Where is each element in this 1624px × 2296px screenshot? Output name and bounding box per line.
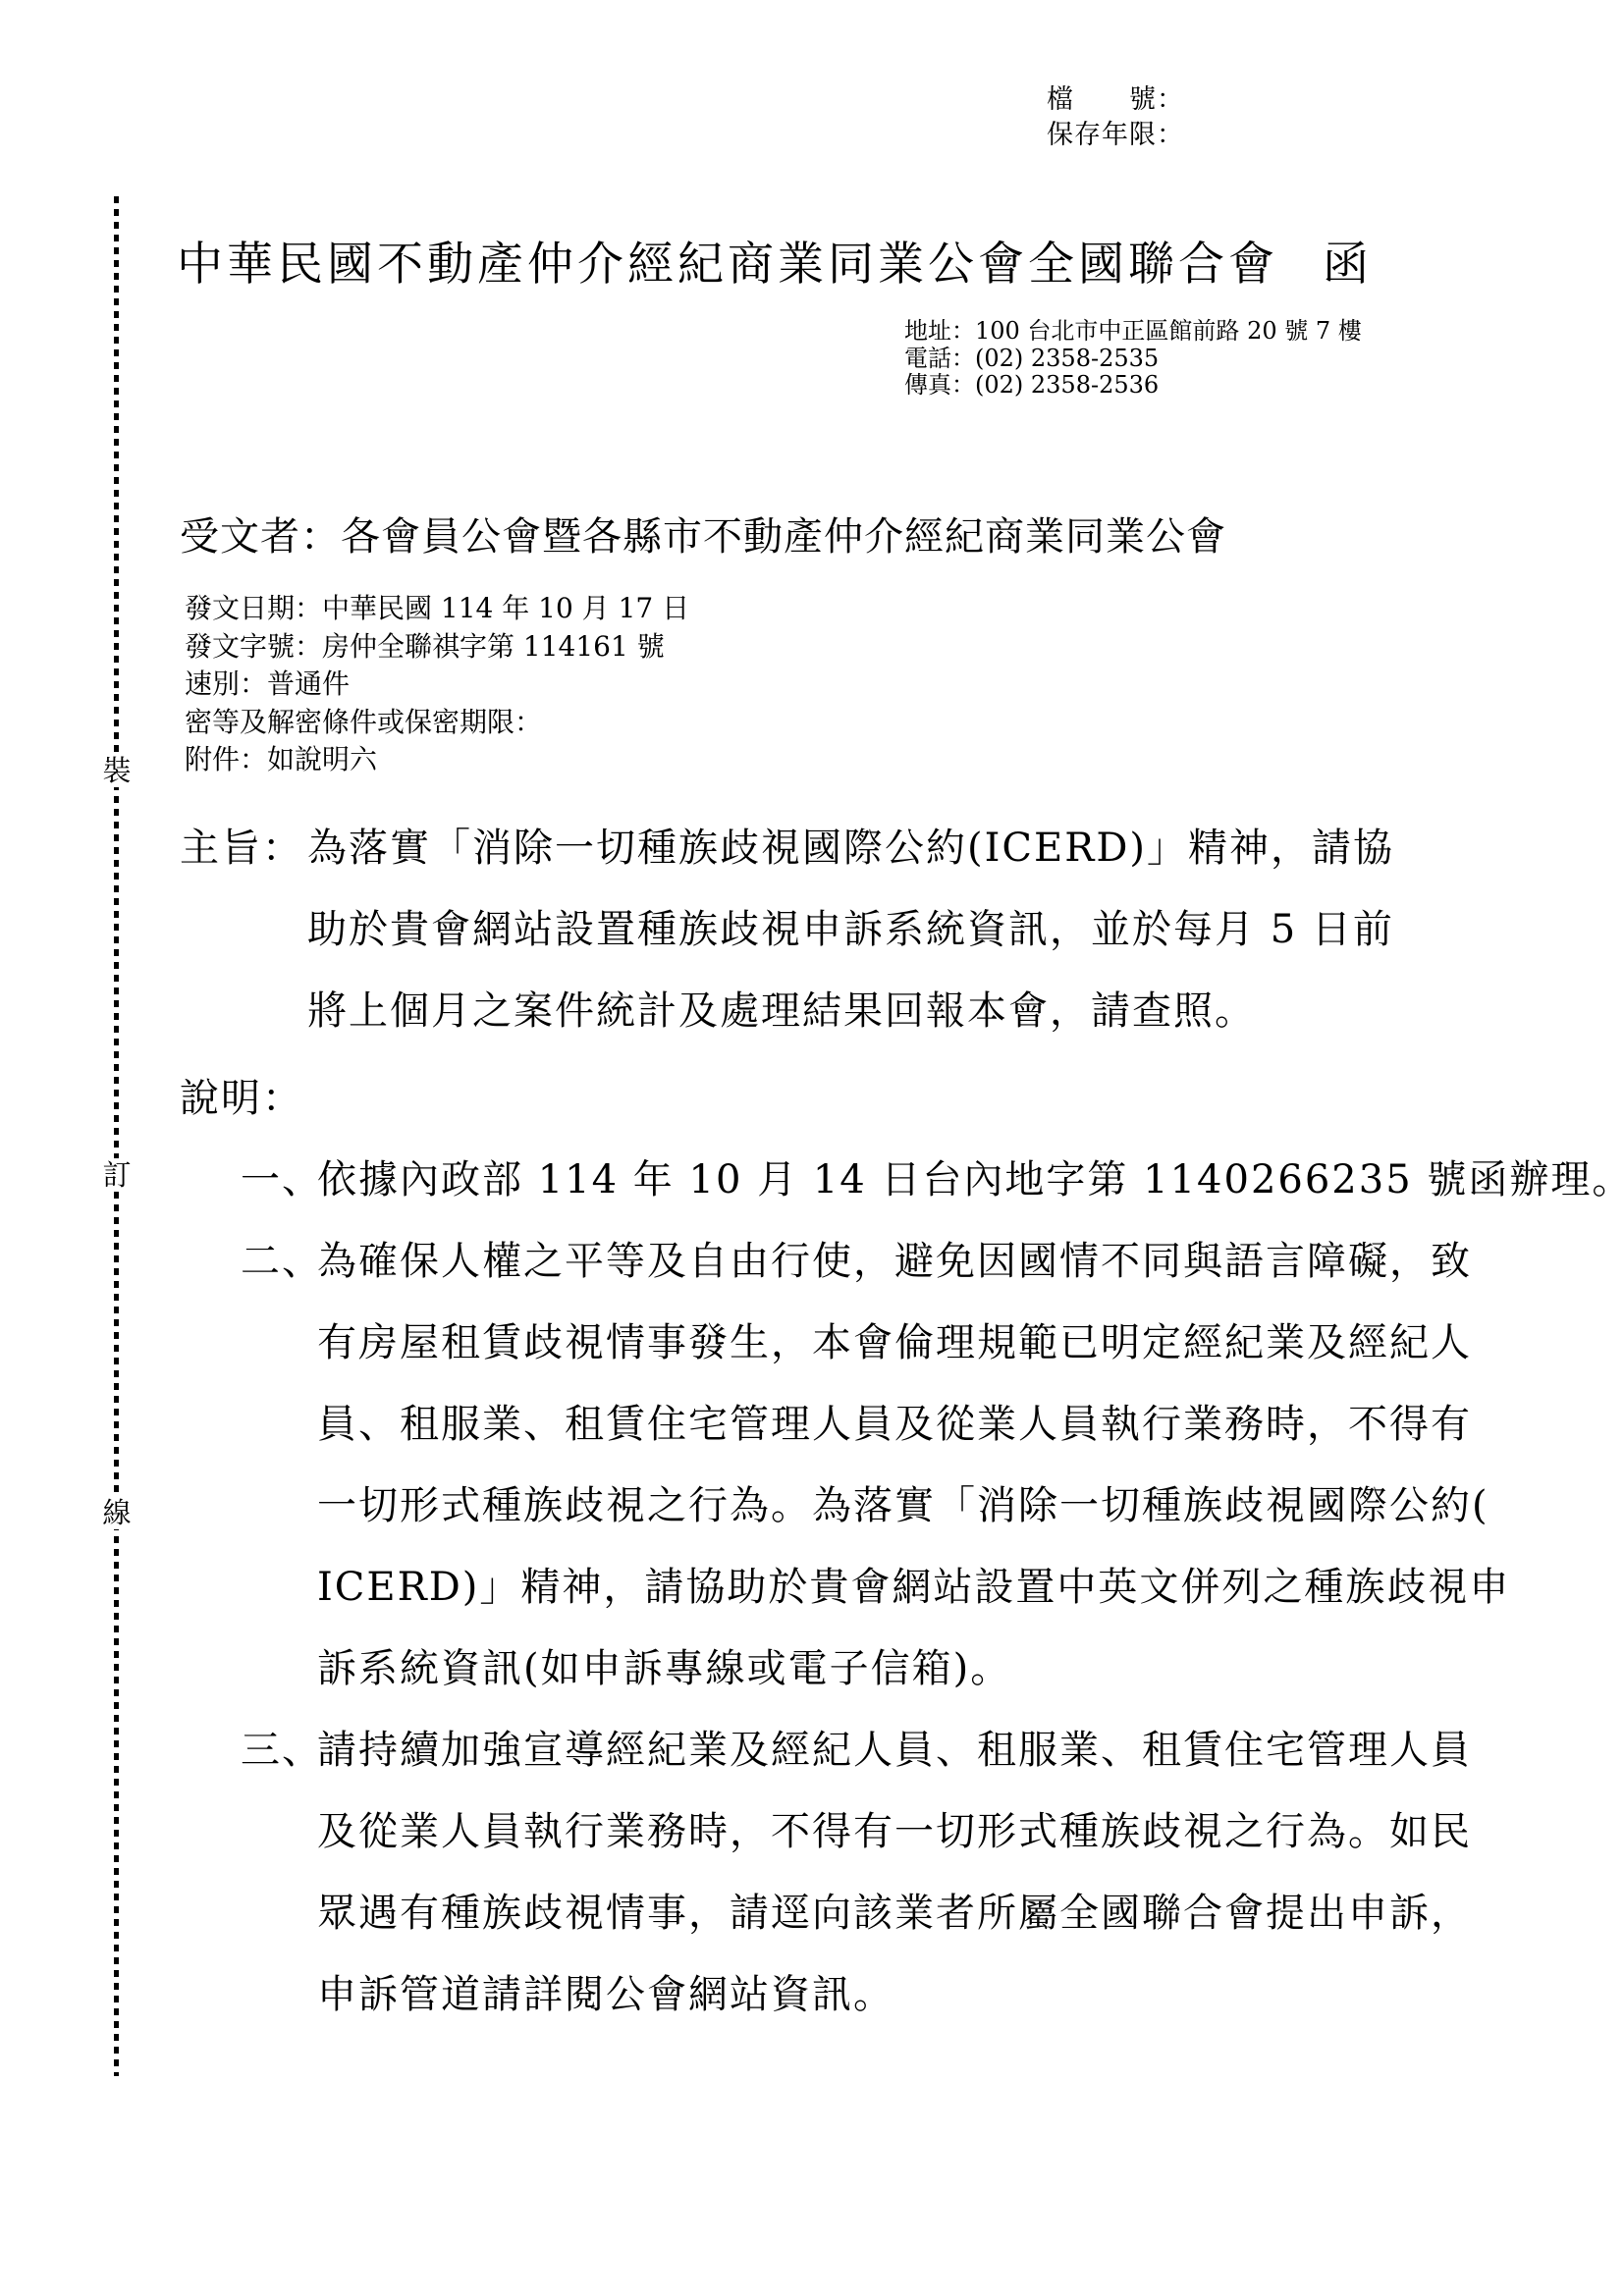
item-number: 二、 xyxy=(241,1221,323,1303)
contact-block: 地址：100 台北市中正區館前路 20 號 7 樓 電話：(02) 2358-2… xyxy=(904,318,1362,400)
meta-block: 發文日期：中華民國 114 年 10 月 17 日 發文字號：房仲全聯祺字第 1… xyxy=(185,590,689,779)
item-line: 訴系統資訊(如申訴專線或電子信箱)。 xyxy=(317,1629,1624,1710)
item-line: 有房屋租賃歧視情事發生，本會倫理規範已明定經紀業及經紀人 xyxy=(317,1303,1624,1384)
document-page: 裝 訂 線 檔 號： 保存年限： 中華民國不動產仲介經紀商業同業公會全國聯合會函… xyxy=(0,0,1624,2296)
explanation-label: 說明： xyxy=(180,1058,303,1140)
subject-label: 主旨： xyxy=(180,808,303,889)
subject-line: 助於貴會網站設置種族歧視申訴系統資訊，並於每月 5 日前 xyxy=(307,889,1394,971)
subject-line: 為落實「消除一切種族歧視國際公約(ICERD)」精神，請協 xyxy=(307,808,1394,889)
item-line: 為確保人權之平等及自由行使，避免因國情不同與語言障礙，致 xyxy=(317,1221,1624,1303)
address-line: 地址：100 台北市中正區館前路 20 號 7 樓 xyxy=(904,318,1362,346)
subject-section: 主旨： 為落實「消除一切種族歧視國際公約(ICERD)」精神，請協 助於貴會網站… xyxy=(180,808,1394,1052)
item-lines: 依據內政部 114 年 10 月 14 日台內地字第 1140266235 號函… xyxy=(317,1140,1624,1221)
item-lines: 為確保人權之平等及自由行使，避免因國情不同與語言障礙，致 有房屋租賃歧視情事發生… xyxy=(317,1221,1624,1710)
recipient-line: 受文者：各會員公會暨各縣市不動產仲介經紀商業同業公會 xyxy=(180,506,1226,561)
item-line: 員、租服業、租賃住宅管理人員及從業人員執行業務時，不得有 xyxy=(317,1384,1624,1466)
document-type: 函 xyxy=(1323,238,1369,292)
page-title: 中華民國不動產仲介經紀商業同業公會全國聯合會函 xyxy=(177,228,1369,294)
binding-mark-zhuang: 裝 xyxy=(100,754,134,787)
item-line: 眾遇有種族歧視情事，請逕向該業者所屬全國聯合會提出申訴， xyxy=(317,1873,1624,1954)
confidentiality-line: 密等及解密條件或保密期限： xyxy=(185,704,689,742)
binding-dashed-line xyxy=(114,196,119,2076)
file-number-block: 檔 號： 保存年限： xyxy=(1047,82,1184,153)
binding-mark-ding: 訂 xyxy=(100,1158,134,1192)
attachment-line: 附件：如說明六 xyxy=(185,741,689,779)
item-line: ICERD)」精神，請協助於貴會網站設置中英文併列之種族歧視申 xyxy=(317,1547,1624,1629)
explanation-item-1: 一、 依據內政部 114 年 10 月 14 日台內地字第 1140266235… xyxy=(241,1140,1624,1221)
file-number-label: 檔 號： xyxy=(1047,82,1184,118)
explanation-item-3: 三、 請持續加強宣導經紀業及經紀人員、租服業、租賃住宅管理人員 及從業人員執行業… xyxy=(241,1710,1624,2036)
item-number: 一、 xyxy=(241,1140,323,1221)
item-line: 申訴管道請詳閱公會網站資訊。 xyxy=(317,1954,1624,2036)
subject-lines: 為落實「消除一切種族歧視國際公約(ICERD)」精神，請協 助於貴會網站設置種族… xyxy=(307,808,1394,1052)
item-number: 三、 xyxy=(241,1710,323,1791)
phone-line: 電話：(02) 2358-2535 xyxy=(904,346,1362,373)
item-line: 依據內政部 114 年 10 月 14 日台內地字第 1140266235 號函… xyxy=(317,1140,1624,1221)
item-line: 及從業人員執行業務時，不得有一切形式種族歧視之行為。如民 xyxy=(317,1791,1624,1873)
fax-line: 傳真：(02) 2358-2536 xyxy=(904,372,1362,400)
speed-class-line: 速別：普通件 xyxy=(185,666,689,704)
issue-number-line: 發文字號：房仲全聯祺字第 114161 號 xyxy=(185,628,689,667)
subject-line: 將上個月之案件統計及處理結果回報本會，請查照。 xyxy=(307,971,1394,1052)
organization-name: 中華民國不動產仲介經紀商業同業公會全國聯合會 xyxy=(177,238,1278,292)
item-line: 一切形式種族歧視之行為。為落實「消除一切種族歧視國際公約( xyxy=(317,1466,1624,1547)
item-lines: 請持續加強宣導經紀業及經紀人員、租服業、租賃住宅管理人員 及從業人員執行業務時，… xyxy=(317,1710,1624,2036)
item-line: 請持續加強宣導經紀業及經紀人員、租服業、租賃住宅管理人員 xyxy=(317,1710,1624,1791)
retention-label: 保存年限： xyxy=(1047,118,1184,153)
binding-mark-xian: 線 xyxy=(100,1496,134,1529)
explanation-items: 一、 依據內政部 114 年 10 月 14 日台內地字第 1140266235… xyxy=(241,1140,1624,2036)
explanation-item-2: 二、 為確保人權之平等及自由行使，避免因國情不同與語言障礙，致 有房屋租賃歧視情… xyxy=(241,1221,1624,1710)
issue-date-line: 發文日期：中華民國 114 年 10 月 17 日 xyxy=(185,590,689,628)
